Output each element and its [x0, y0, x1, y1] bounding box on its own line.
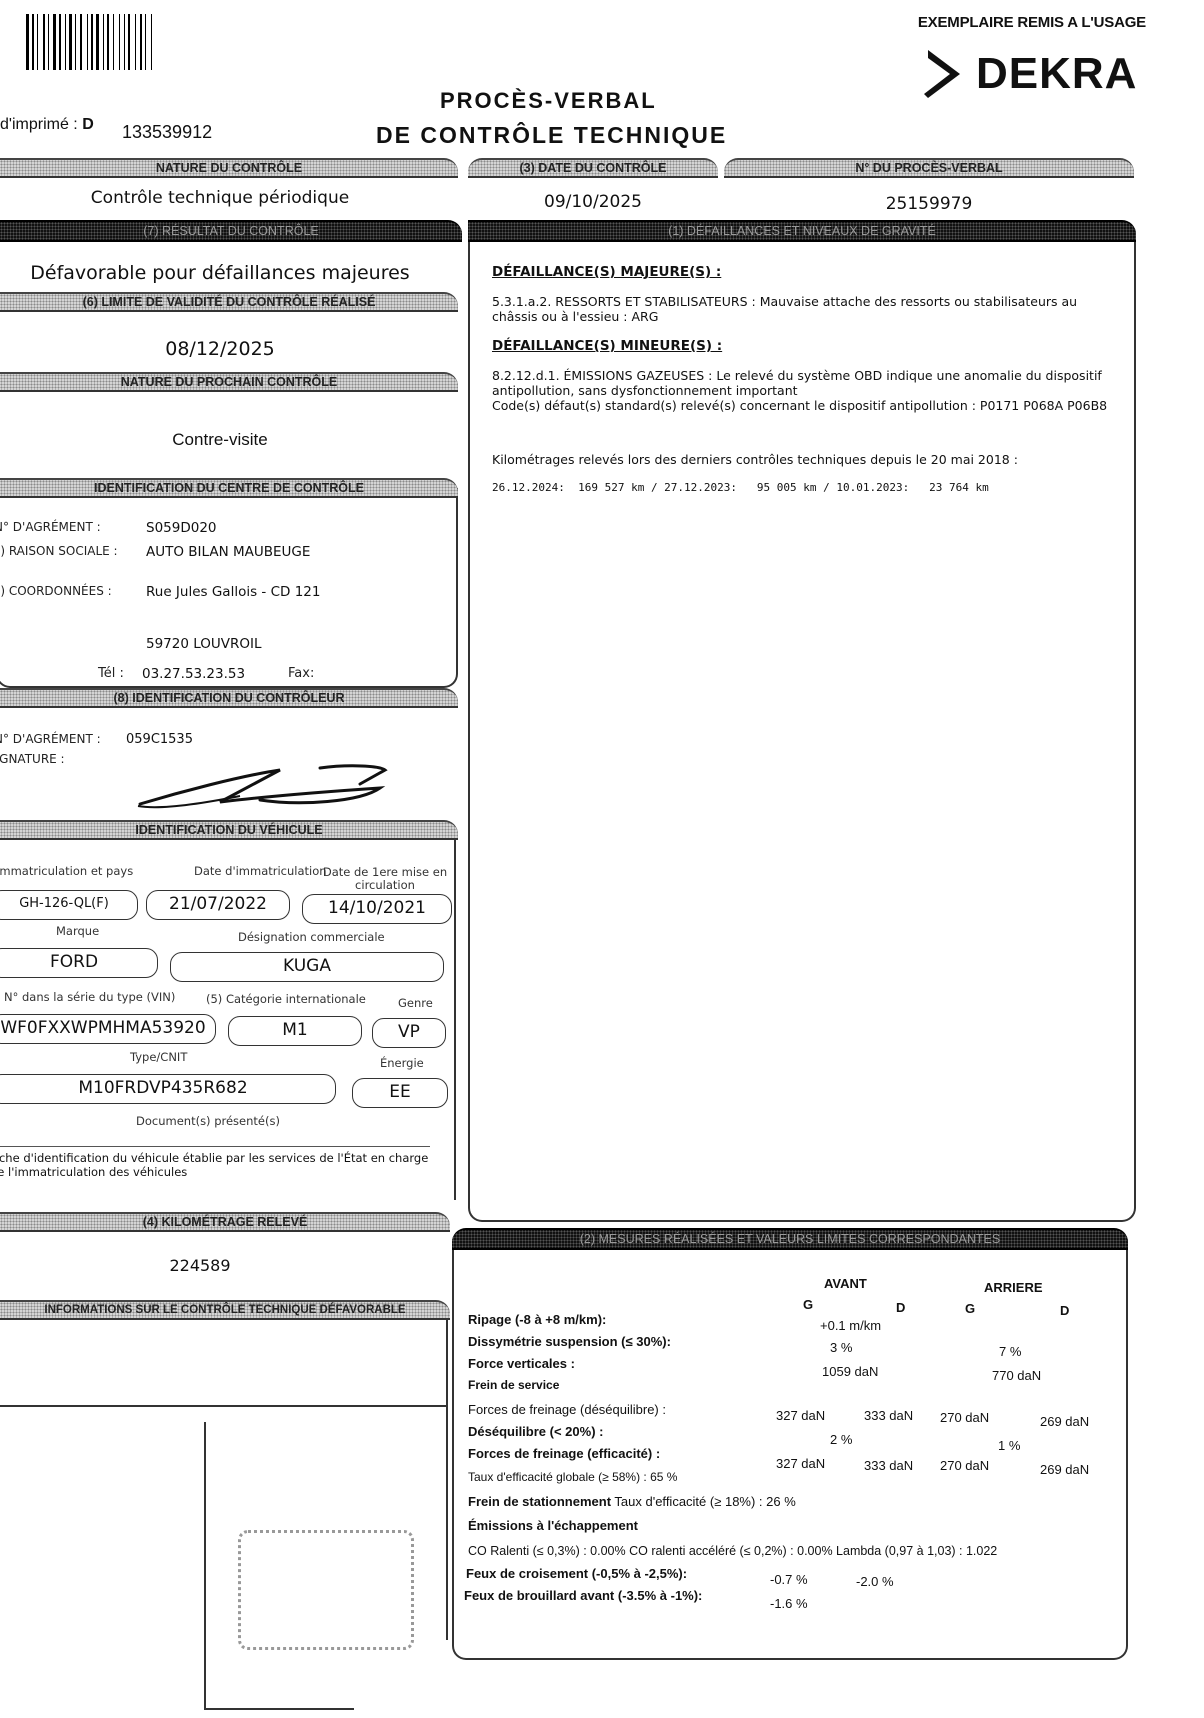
info-frame-right [446, 1320, 448, 1640]
center-agrement-label: N° D'AGRÉMENT : [0, 520, 101, 534]
documents-value: Fiche d'identification du véhicule établ… [0, 1146, 430, 1179]
emissions-label: Émissions à l'échappement [468, 1518, 638, 1533]
controller-header: (8) IDENTIFICATION DU CONTRÔLEUR [0, 688, 458, 708]
parking-brake-value: Taux d'efficacité (≥ 18%) : 26 % [614, 1494, 795, 1509]
brake-imbalance-forces-label: Forces de freinage (déséquilibre) : [468, 1402, 666, 1417]
vin-label: N° dans la série du type (VIN) [4, 990, 175, 1004]
model-value: KUGA [170, 952, 444, 982]
brake-imbalance-force-fl: 327 daN [776, 1408, 825, 1423]
front-column-header: AVANT [824, 1276, 867, 1291]
info-frame-divider [204, 1422, 206, 1708]
low-beam-right: -2.0 % [856, 1574, 894, 1589]
vehicle-header: IDENTIFICATION DU VÉHICULE [0, 820, 458, 840]
genre-value: VP [372, 1018, 446, 1048]
brake-eff-force-rl: 270 daN [940, 1458, 989, 1473]
barcode [26, 14, 244, 70]
mileage-header: (4) KILOMÉTRAGE RELEVÉ [0, 1212, 450, 1232]
brake-imbalance-force-rr: 269 daN [1040, 1414, 1089, 1429]
info-frame-bottom [0, 1405, 446, 1407]
minor-defect-codes: Code(s) défaut(s) standard(s) relevé(s) … [492, 398, 1112, 413]
printed-number-label: d'imprimé : D [0, 116, 94, 134]
brand-name: DEKRA [976, 49, 1137, 99]
next-control-header: NATURE DU PROCHAIN CONTRÔLE [0, 372, 458, 392]
rear-column-header: ARRIERE [984, 1280, 1043, 1295]
brake-eff-forces-label: Forces de freinage (efficacité) : [468, 1446, 660, 1461]
fax-label: Fax: [288, 666, 314, 681]
first-use-value: 14/10/2021 [302, 894, 452, 924]
signature-label: SIGNATURE : [0, 752, 65, 766]
unfavorable-info-header: INFORMATIONS SUR LE CONTRÔLE TECHNIQUE D… [0, 1300, 450, 1320]
address-line2: 59720 LOUVROIL [146, 636, 262, 652]
immat-label: Immatriculation et pays [0, 864, 133, 878]
coordinates-label: (4) COORDONNÉES : [0, 584, 112, 598]
brake-eff-force-rr: 269 daN [1040, 1462, 1089, 1477]
tel-label: Tél : [98, 666, 124, 681]
pv-number-value: 25159979 [724, 194, 1134, 214]
info-frame-base [204, 1708, 354, 1710]
dissymetry-label: Dissymétrie suspension (≤ 30%): [468, 1334, 671, 1349]
category-label: (5) Catégorie internationale [206, 992, 366, 1006]
result-value: Défavorable pour défaillances majeures [0, 262, 440, 284]
date-immat-value: 21/07/2022 [146, 890, 290, 920]
mileage-history-values: 26.12.2024: 169 527 km / 27.12.2023: 95 … [492, 480, 1132, 495]
result-header: (7) RÉSULTAT DU CONTRÔLE [0, 220, 462, 242]
tel-value: 03.27.53.23.53 [142, 666, 245, 682]
vertical-force-front: 1059 daN [822, 1364, 878, 1379]
validity-value: 08/12/2025 [0, 338, 440, 360]
brake-eff-force-fr: 333 daN [864, 1458, 913, 1473]
imbalance-rear: 1 % [998, 1438, 1020, 1453]
rear-left-header: G [965, 1301, 975, 1316]
date-immat-label: Date d'immatriculation [194, 864, 327, 878]
global-efficiency: Taux d'efficacité globale (≥ 58%) : 65 % [468, 1470, 677, 1484]
center-header: IDENTIFICATION DU CENTRE DE CONTRÔLE [0, 478, 458, 498]
fog-light-label: Feux de brouillard avant (-3.5% à -1%): [464, 1588, 702, 1603]
low-beam-label: Feux de croisement (-0,5% à -2,5%): [466, 1566, 687, 1581]
emissions-value: CO Ralenti (≤ 0,3%) : 0.00% CO ralenti a… [468, 1544, 997, 1558]
brake-imbalance-force-fr: 333 daN [864, 1408, 913, 1423]
nature-control-value: Contrôle technique périodique [0, 188, 440, 208]
vertical-force-rear: 770 daN [992, 1368, 1041, 1383]
parking-brake-row: Frein de stationnement Taux d'efficacité… [468, 1494, 796, 1509]
center-agrement-value: S059D020 [146, 520, 217, 536]
stamp-placeholder [238, 1530, 414, 1650]
controller-agrement-value: 059C1535 [126, 732, 193, 747]
raison-sociale-label: (9) RAISON SOCIALE : [0, 544, 118, 558]
document-title-line1: PROCÈS-VERBAL [440, 88, 657, 114]
dekra-logo: DEKRA [920, 48, 1137, 100]
minor-defects-title: DÉFAILLANCE(S) MINEURE(S) : [492, 338, 722, 354]
printed-number: 133539912 [122, 122, 212, 143]
immat-value: GH-126-QL(F) [0, 890, 138, 920]
next-control-value: Contre-visite [0, 430, 440, 450]
defects-header: (1) DÉFAILLANCES ET NIVEAUX DE GRAVITÉ [468, 220, 1136, 242]
vin-value: WF0FXXWPMHMA53920 [0, 1014, 216, 1044]
document-title-line2: DE CONTRÔLE TECHNIQUE [376, 122, 727, 149]
dissymetry-front: 3 % [830, 1340, 852, 1355]
dekra-arrow-icon [920, 48, 966, 100]
mileage-value: 224589 [0, 1256, 400, 1275]
controller-agrement-label: N° D'AGRÉMENT : [0, 732, 101, 746]
control-date-header: (3) DATE DU CONTRÔLE [468, 158, 718, 178]
address-line1: Rue Jules Gallois - CD 121 [146, 584, 320, 600]
front-right-header: D [896, 1300, 905, 1315]
signature-scribble [120, 752, 420, 812]
rear-right-header: D [1060, 1303, 1069, 1318]
service-brake-label: Frein de service [468, 1378, 559, 1392]
measures-header: (2) MESURES RÉALISÉES ET VALEURS LIMITES… [452, 1228, 1128, 1250]
printed-label-text: d'imprimé : [0, 116, 78, 133]
printed-prefix: D [82, 116, 94, 133]
brake-eff-force-fl: 327 daN [776, 1456, 825, 1471]
model-label: Désignation commerciale [238, 930, 385, 944]
imbalance-label: Déséquilibre (< 20%) : [468, 1424, 603, 1439]
fog-light-value: -1.6 % [770, 1596, 808, 1611]
type-value: M10FRDVP435R682 [0, 1074, 336, 1104]
first-use-label: Date de 1ere mise en circulation [320, 866, 450, 892]
documents-label: Document(s) présenté(s) [136, 1114, 280, 1128]
minor-defect-item: 8.2.12.d.1. ÉMISSIONS GAZEUSES : Le rele… [492, 368, 1138, 398]
major-defects-title: DÉFAILLANCE(S) MAJEURE(S) : [492, 264, 721, 280]
front-left-header: G [803, 1297, 813, 1312]
brand-value: FORD [0, 948, 158, 978]
genre-label: Genre [398, 996, 433, 1010]
low-beam-left: -0.7 % [770, 1572, 808, 1587]
raison-sociale-value: AUTO BILAN MAUBEUGE [146, 544, 310, 560]
ripage-label: Ripage (-8 à +8 m/km): [468, 1312, 606, 1327]
energy-label: Énergie [380, 1056, 424, 1070]
brake-imbalance-force-rl: 270 daN [940, 1410, 989, 1425]
type-label: Type/CNIT [130, 1050, 187, 1064]
pv-number-header: N° DU PROCÈS-VERBAL [724, 158, 1134, 178]
copy-note: EXEMPLAIRE REMIS A L'USAGE [918, 14, 1146, 31]
brand-label: Marque [56, 924, 99, 938]
mileage-history-title: Kilométrages relevés lors des derniers c… [492, 452, 1132, 467]
ripage-front: +0.1 m/km [820, 1318, 881, 1333]
parking-brake-label: Frein de stationnement [468, 1494, 611, 1509]
major-defect-item: 5.3.1.a.2. RESSORTS ET STABILISATEURS : … [492, 294, 1092, 324]
imbalance-front: 2 % [830, 1432, 852, 1447]
nature-control-header: NATURE DU CONTRÔLE [0, 158, 458, 178]
vertical-force-label: Force verticales : [468, 1356, 575, 1371]
category-value: M1 [228, 1016, 362, 1046]
energy-value: EE [352, 1078, 448, 1108]
vehicle-frame-right [454, 840, 456, 1200]
dissymetry-rear: 7 % [999, 1344, 1021, 1359]
control-date-value: 09/10/2025 [468, 192, 718, 212]
validity-header: (6) LIMITE DE VALIDITÉ DU CONTRÔLE RÉALI… [0, 292, 458, 312]
